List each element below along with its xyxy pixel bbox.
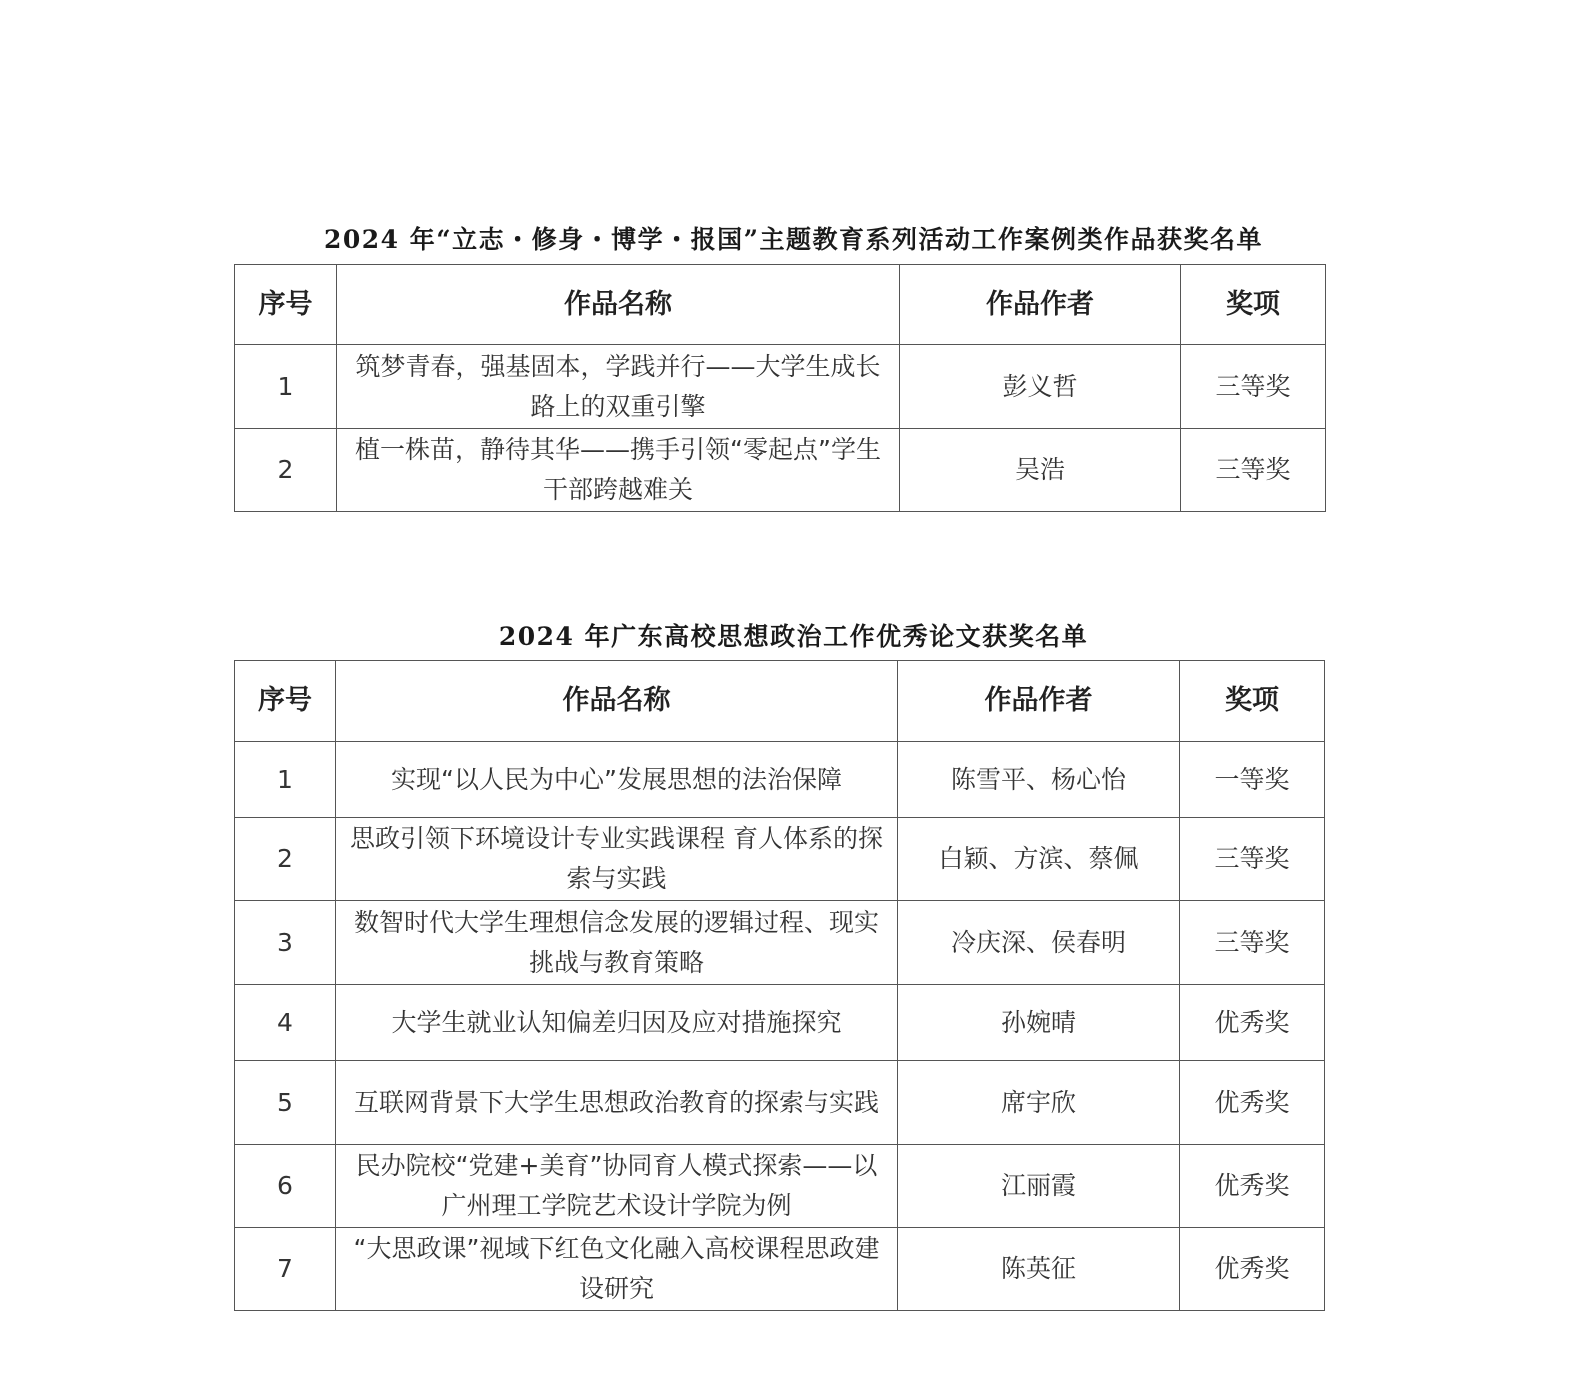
table-row: 2 思政引领下环境设计专业实践课程 育人体系的探索与实践 白颖、方滨、蔡佩 三等… bbox=[235, 818, 1325, 901]
table-row: 5 互联网背景下大学生思想政治教育的探索与实践 席宇欣 优秀奖 bbox=[235, 1061, 1325, 1145]
table-row: 4 大学生就业认知偏差归因及应对措施探究 孙婉晴 优秀奖 bbox=[235, 985, 1325, 1061]
header-award: 奖项 bbox=[1180, 661, 1325, 742]
cell-award: 优秀奖 bbox=[1180, 1228, 1325, 1311]
header-no: 序号 bbox=[235, 661, 336, 742]
cell-award: 三等奖 bbox=[1180, 901, 1325, 985]
cell-work-name: “大思政课”视域下红色文化融入高校课程思政建设研究 bbox=[336, 1228, 898, 1311]
cell-work-name: 互联网背景下大学生思想政治教育的探索与实践 bbox=[336, 1061, 898, 1145]
table-row: 3 数智时代大学生理想信念发展的逻辑过程、现实挑战与教育策略 冷庆深、侯春明 三… bbox=[235, 901, 1325, 985]
cell-work-name: 思政引领下环境设计专业实践课程 育人体系的探索与实践 bbox=[336, 818, 898, 901]
cell-award: 三等奖 bbox=[1180, 818, 1325, 901]
cell-author: 陈雪平、杨心怡 bbox=[898, 742, 1180, 818]
cell-no: 7 bbox=[235, 1228, 336, 1311]
header-author: 作品作者 bbox=[898, 661, 1180, 742]
cell-no: 2 bbox=[235, 429, 337, 512]
header-work-name: 作品名称 bbox=[336, 661, 898, 742]
cell-award: 优秀奖 bbox=[1180, 985, 1325, 1061]
cell-author: 彭义哲 bbox=[900, 345, 1181, 429]
cell-no: 5 bbox=[235, 1061, 336, 1145]
cell-work-name: 筑梦青春，强基固本，学践并行——大学生成长路上的双重引擎 bbox=[337, 345, 900, 429]
cell-author: 江丽霞 bbox=[898, 1145, 1180, 1228]
cell-author: 吴浩 bbox=[900, 429, 1181, 512]
cell-author: 孙婉晴 bbox=[898, 985, 1180, 1061]
cell-no: 3 bbox=[235, 901, 336, 985]
cell-no: 1 bbox=[235, 742, 336, 818]
table-header-row: 序号 作品名称 作品作者 奖项 bbox=[235, 661, 1325, 742]
cell-award: 一等奖 bbox=[1180, 742, 1325, 818]
cell-work-name: 民办院校“党建+美育”协同育人模式探索——以广州理工学院艺术设计学院为例 bbox=[336, 1145, 898, 1228]
cell-no: 4 bbox=[235, 985, 336, 1061]
header-work-name: 作品名称 bbox=[337, 265, 900, 345]
cell-author: 白颖、方滨、蔡佩 bbox=[898, 818, 1180, 901]
table1-title: 2024 年“立志・修身・博学・报国”主题教育系列活动工作案例类作品获奖名单 bbox=[0, 220, 1587, 256]
cell-work-name: 大学生就业认知偏差归因及应对措施探究 bbox=[336, 985, 898, 1061]
cell-award: 优秀奖 bbox=[1180, 1061, 1325, 1145]
table2-title: 2024 年广东高校思想政治工作优秀论文获奖名单 bbox=[0, 617, 1587, 653]
table-row: 2 植一株苗，静待其华——携手引领“零起点”学生干部跨越难关 吴浩 三等奖 bbox=[235, 429, 1326, 512]
header-award: 奖项 bbox=[1181, 265, 1326, 345]
cell-no: 6 bbox=[235, 1145, 336, 1228]
cell-work-name: 实现“以人民为中心”发展思想的法治保障 bbox=[336, 742, 898, 818]
header-no: 序号 bbox=[235, 265, 337, 345]
cell-author: 冷庆深、侯春明 bbox=[898, 901, 1180, 985]
cell-no: 2 bbox=[235, 818, 336, 901]
table-row: 1 筑梦青春，强基固本，学践并行——大学生成长路上的双重引擎 彭义哲 三等奖 bbox=[235, 345, 1326, 429]
header-author: 作品作者 bbox=[900, 265, 1181, 345]
cell-work-name: 数智时代大学生理想信念发展的逻辑过程、现实挑战与教育策略 bbox=[336, 901, 898, 985]
cell-award: 优秀奖 bbox=[1180, 1145, 1325, 1228]
cell-author: 席宇欣 bbox=[898, 1061, 1180, 1145]
cell-award: 三等奖 bbox=[1181, 429, 1326, 512]
table-row: 7 “大思政课”视域下红色文化融入高校课程思政建设研究 陈英征 优秀奖 bbox=[235, 1228, 1325, 1311]
table-row: 6 民办院校“党建+美育”协同育人模式探索——以广州理工学院艺术设计学院为例 江… bbox=[235, 1145, 1325, 1228]
table-header-row: 序号 作品名称 作品作者 奖项 bbox=[235, 265, 1326, 345]
cell-no: 1 bbox=[235, 345, 337, 429]
cell-author: 陈英征 bbox=[898, 1228, 1180, 1311]
award-table-papers: 序号 作品名称 作品作者 奖项 1 实现“以人民为中心”发展思想的法治保障 陈雪… bbox=[234, 660, 1325, 1311]
award-table-case-works: 序号 作品名称 作品作者 奖项 1 筑梦青春，强基固本，学践并行——大学生成长路… bbox=[234, 264, 1326, 512]
cell-work-name: 植一株苗，静待其华——携手引领“零起点”学生干部跨越难关 bbox=[337, 429, 900, 512]
cell-award: 三等奖 bbox=[1181, 345, 1326, 429]
table-row: 1 实现“以人民为中心”发展思想的法治保障 陈雪平、杨心怡 一等奖 bbox=[235, 742, 1325, 818]
